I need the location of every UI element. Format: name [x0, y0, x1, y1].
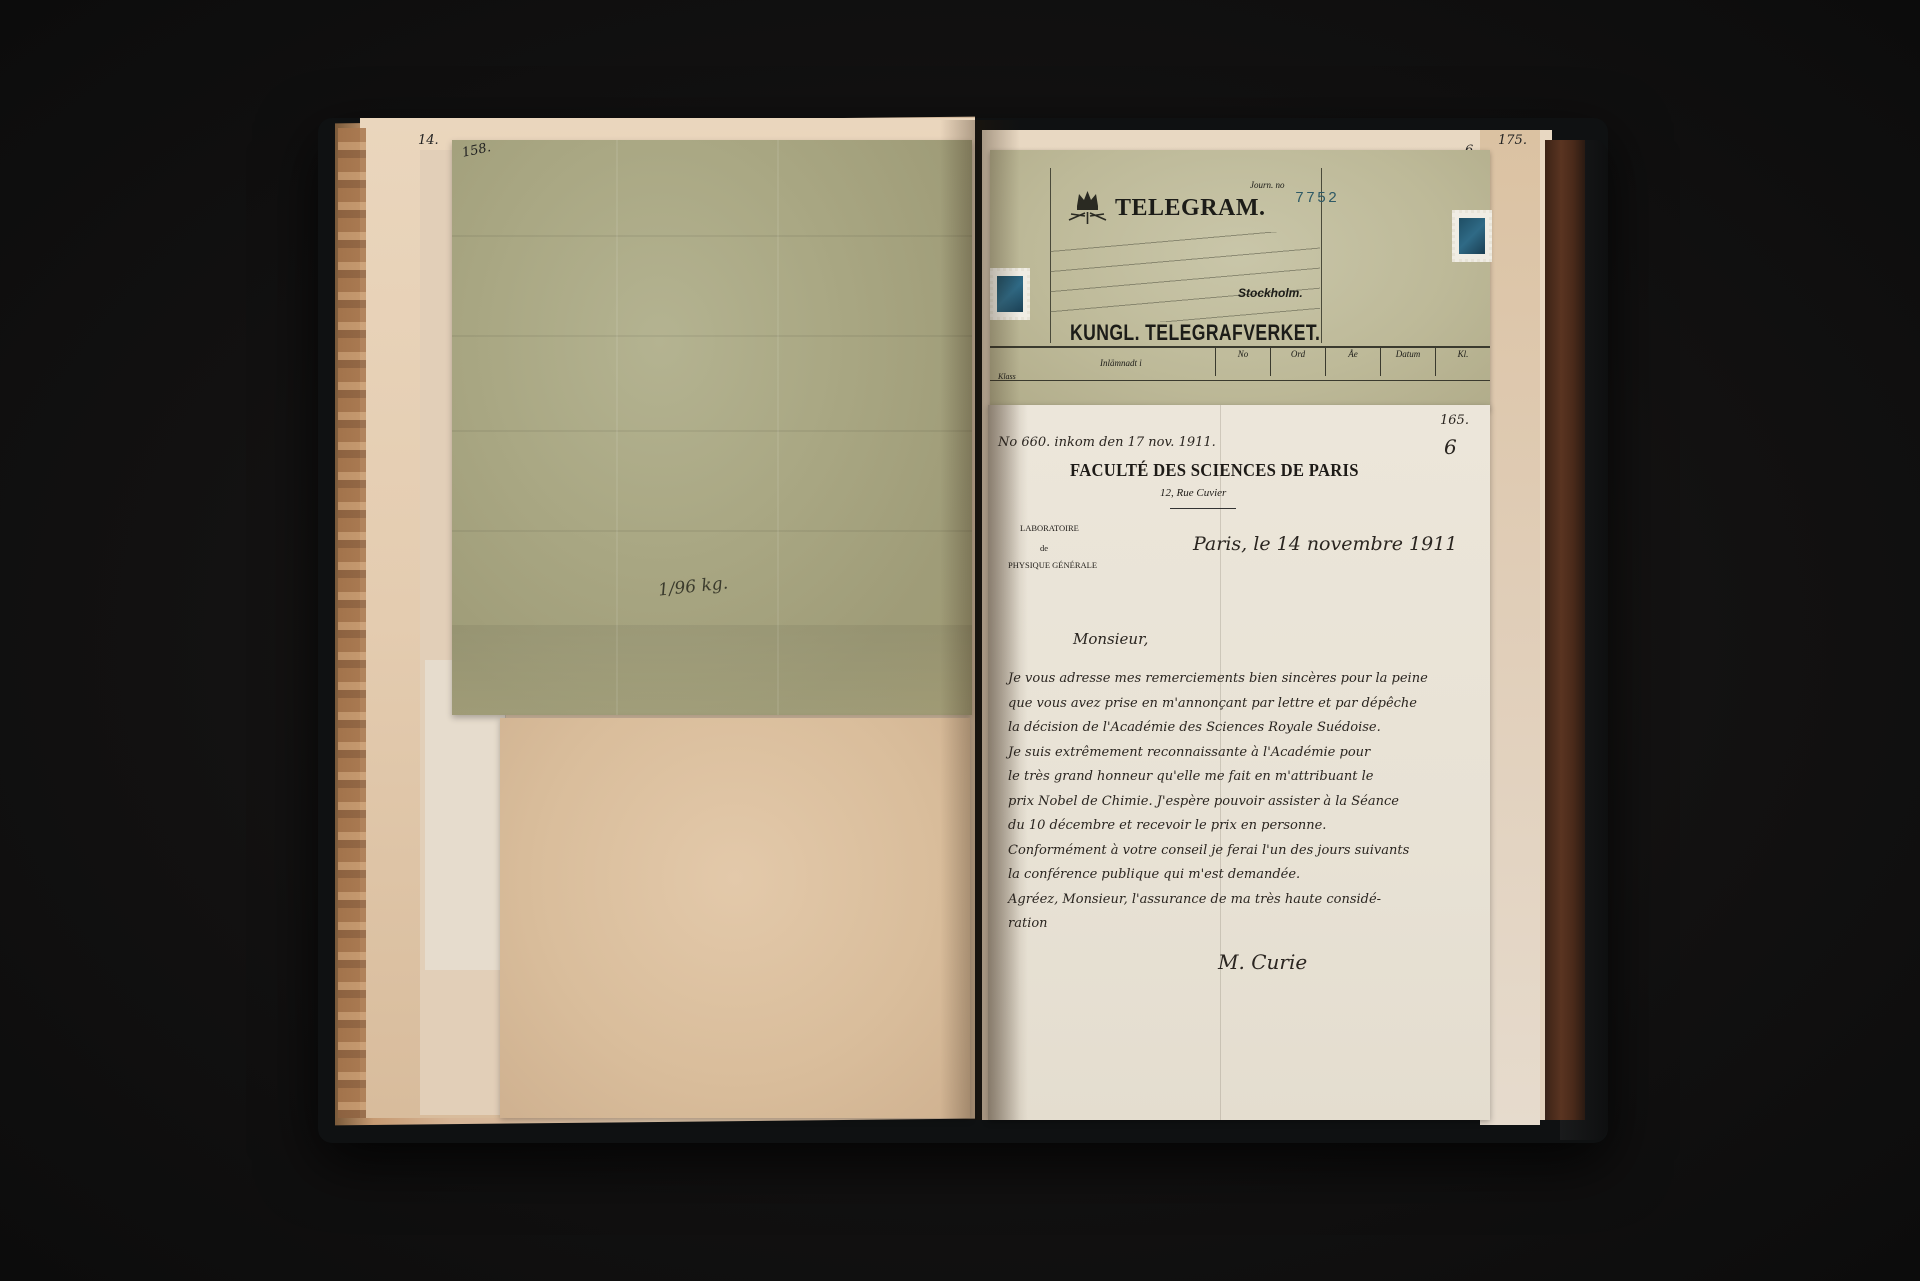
letter-line: la décision de l'Académie des Sciences R… [1008, 716, 1478, 741]
letter-greeting: Monsieur, [1073, 630, 1148, 648]
page-number-left: 14. [418, 133, 439, 148]
letter-archive-note: No 660. inkom den 17 nov. 1911. [998, 435, 1216, 450]
telegram-col-datum: Datum [1380, 346, 1435, 376]
letter-line: que vous avez prise en m'annonçant par l… [1008, 692, 1478, 717]
letter-line: prix Nobel de Chimie. J'espère pouvoir a… [1008, 790, 1478, 815]
letter-date: Paris, le 14 novembre 1911 [1193, 533, 1457, 555]
curie-letter: 165. 6 No 660. inkom den 17 nov. 1911. F… [988, 405, 1490, 1120]
telegram-columns: No Ord Åe Datum Kl. [1215, 346, 1490, 376]
telegram-number: 7752 [1295, 190, 1339, 207]
letter-line: Agréez, Monsieur, l'assurance de ma très… [1008, 888, 1478, 913]
telegram-col-kl: Kl. [1435, 346, 1490, 376]
letter-line: du 10 décembre et recevoir le prix en pe… [1008, 814, 1478, 839]
letter-signature: M. Curie [1218, 950, 1307, 974]
laboratory-label: LABORATOIRE [1020, 523, 1079, 533]
telegram-handwritten-lines [1050, 232, 1320, 322]
telegram-title: TELEGRAM. [1115, 195, 1266, 222]
left-page-edges [338, 128, 366, 1118]
telegram-form: Journ. no TELEGRAM. 7752 Stockholm. KUNG… [990, 150, 1490, 410]
letterhead-address: 12, Rue Cuvier [1160, 487, 1226, 499]
telegram-col-ord: Ord [1270, 346, 1325, 376]
telegram-journal-label: Journ. no [1250, 180, 1285, 190]
letter-sheet-number: 6 [1444, 435, 1457, 459]
letter-line: la conférence publique qui m'est demandé… [1008, 863, 1478, 888]
telegram-col-ae: Åe [1325, 346, 1380, 376]
letter-body: Je vous adresse mes remerciements bien s… [1008, 667, 1478, 937]
letterhead: FACULTÉ DES SCIENCES DE PARIS [1070, 460, 1359, 481]
letter-line: le très grand honneur qu'elle me fait en… [1008, 765, 1478, 790]
page-number-right: 175. [1498, 133, 1527, 148]
right-page-edges [1545, 140, 1585, 1120]
crown-icon [1065, 186, 1110, 226]
letter-line: Je vous adresse mes remerciements bien s… [1008, 667, 1478, 692]
letter-line: ration [1008, 912, 1478, 937]
telegram-city: Stockholm. [1238, 286, 1303, 300]
letter-line: Je suis extrêmement reconnaissante à l'A… [1008, 741, 1478, 766]
telegram-col-no: No [1215, 346, 1270, 376]
tan-folded-sheet [500, 718, 970, 1118]
telegram-row-line [990, 380, 1490, 381]
book-gutter-shadow [940, 120, 1020, 1120]
green-folded-sheet [452, 140, 972, 715]
telegram-organization: KUNGL. TELEGRAFVERKET. [1070, 320, 1320, 346]
telegram-submitted-label: Inlämnadt i [1100, 358, 1142, 368]
laboratory-label: de [1040, 543, 1048, 553]
laboratory-label: PHYSIQUE GÉNÉRALE [1008, 560, 1097, 570]
letterhead-rule [1170, 508, 1236, 509]
postage-stamp-icon [1452, 210, 1492, 262]
letter-line: Conformément à votre conseil je ferai l'… [1008, 839, 1478, 864]
letter-page-number: 165. [1440, 413, 1469, 428]
